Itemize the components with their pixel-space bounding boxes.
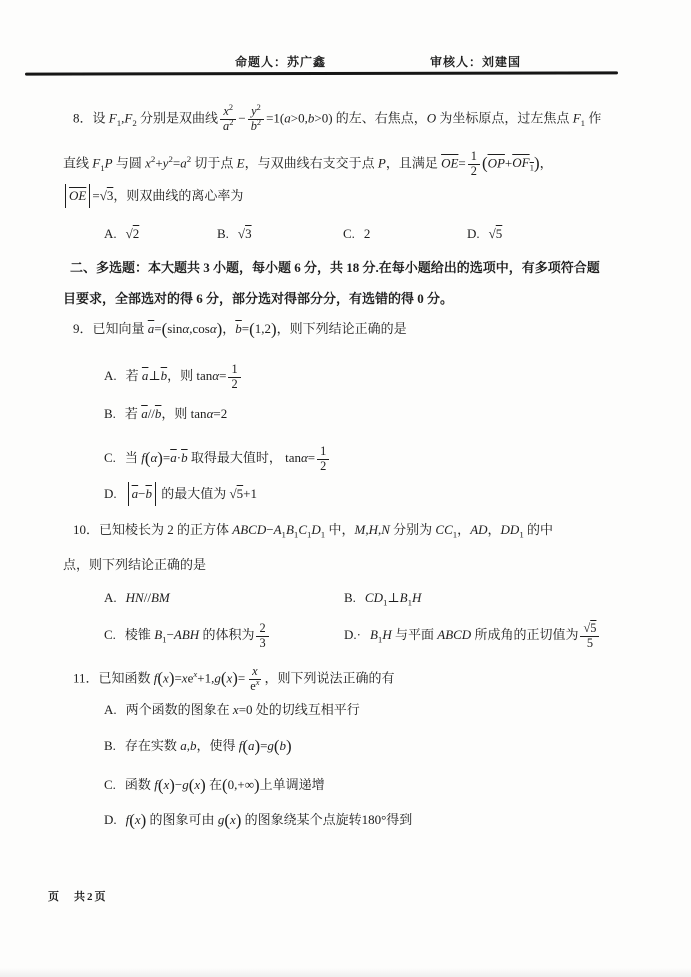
- q10-stem-line-2: 点，则下列结论正确的是: [63, 555, 206, 575]
- option-formula: √5: [489, 226, 503, 241]
- option-label: D.: [467, 226, 480, 241]
- page-footer: 页 共2页: [48, 887, 108, 907]
- option-formula: HN//BM: [126, 590, 170, 605]
- q10-option-b: B.CD1⊥B1H: [344, 588, 421, 608]
- option-label: C.: [104, 450, 116, 465]
- q9-option-b: B.若 a//b，则 tanα=2: [104, 404, 227, 424]
- q10-options-row-1: A.HN//BM B.CD1⊥B1H: [104, 588, 421, 608]
- option-formula: 棱锥 B1−ABH 的体积为23: [125, 627, 271, 642]
- q11-stem: 11．已知函数 f(x)=xex+1,g(x)=xex，则下列说法正确的有: [73, 665, 394, 694]
- option-formula: CD1⊥B1H: [365, 590, 421, 605]
- option-label: A.: [104, 368, 117, 383]
- option-label: B.: [104, 406, 116, 421]
- q10-options-row-2: C.棱锥 B1−ABH 的体积为23 D.·B1H 与平面 ABCD 所成角的正…: [104, 622, 601, 651]
- option-label: A.: [104, 226, 117, 241]
- option-formula: f(x) 的图象可由 g(x) 的图象绕某个点旋转180°得到: [126, 812, 413, 827]
- q9-stem: 9．已知向量 a=(sinα,cosα)，b=(1,2)，则下列结论正确的是: [73, 319, 407, 339]
- option-formula: 两个函数的图象在 x=0 处的切线互相平行: [126, 702, 360, 717]
- scan-bottom-edge: [0, 968, 691, 977]
- q10-option-d: D.·B1H 与平面 ABCD 所成角的正切值为√55: [344, 622, 601, 651]
- header-divider-rule: [25, 71, 618, 75]
- option-formula: √3: [238, 226, 252, 241]
- q9-option-a: A.若 a⊥b，则 tanα=12: [104, 363, 243, 392]
- option-label: D.: [104, 812, 117, 827]
- q8-option-a: A.√2: [104, 224, 217, 244]
- q8-stem-line-2: 直线 F1P 与圆 x2+y2=a2 切于点 E，与双曲线右支交于点 P，且满足…: [63, 150, 553, 179]
- option-formula: √2: [126, 226, 140, 241]
- exam-page: 命题人：苏广鑫 审核人：刘建国 8．设 F1,F2 分别是双曲线x2a2−y2b…: [0, 0, 691, 977]
- option-formula: a−b 的最大值为 √5+1: [126, 486, 257, 501]
- q8-option-c: C.2: [343, 224, 467, 244]
- q8-option-d: D.√5: [467, 224, 502, 244]
- header-proposer: 命题人：苏广鑫: [235, 52, 326, 72]
- option-label: C.: [343, 226, 355, 241]
- option-label: A.: [104, 702, 117, 717]
- option-label: B.: [217, 226, 229, 241]
- q8-options-row: A.√2 B.√3 C.2 D.√5: [104, 224, 502, 244]
- q10-stem-line-1: 10．已知棱长为 2 的正方体 ABCD−A1B1C1D1 中，M,H,N 分别…: [73, 520, 553, 540]
- option-label: C.: [104, 627, 116, 642]
- q10-option-a: A.HN//BM: [104, 588, 344, 608]
- option-formula: 存在实数 a,b，使得 f(a)=g(b): [125, 738, 292, 753]
- option-formula: 若 a//b，则 tanα=2: [125, 406, 227, 421]
- header-reviewer: 审核人：刘建国: [430, 52, 521, 72]
- option-label: A.: [104, 590, 117, 605]
- option-label: B.: [104, 738, 116, 753]
- q11-option-d: D.f(x) 的图象可由 g(x) 的图象绕某个点旋转180°得到: [104, 810, 412, 830]
- q8-option-b: B.√3: [217, 224, 343, 244]
- section2-header-line-2: 目要求，全部选对的得 6 分，部分选对得部分分，有选错的得 0 分。: [63, 289, 453, 309]
- option-formula: 若 a⊥b，则 tanα=12: [126, 368, 243, 383]
- q9-option-c: C.当 f(α)=a·b 取得最大值时， tanα=12: [104, 445, 331, 474]
- option-label: D.: [104, 486, 117, 501]
- option-formula: 函数 f(x)−g(x) 在(0,+∞)上单调递增: [125, 777, 325, 792]
- option-formula: 当 f(α)=a·b 取得最大值时， tanα=12: [125, 450, 331, 465]
- q11-option-c: C.函数 f(x)−g(x) 在(0,+∞)上单调递增: [104, 775, 325, 795]
- q11-option-a: A.两个函数的图象在 x=0 处的切线互相平行: [104, 700, 360, 720]
- section2-header-line-1: 二、多选题：本大题共 3 小题，每小题 6 分，共 18 分.在每小题给出的选项…: [70, 258, 600, 278]
- q8-stem-line-3: OE=√3，则双曲线的离心率为: [63, 184, 243, 208]
- option-formula: B1H 与平面 ABCD 所成角的正切值为√55: [370, 627, 601, 642]
- q10-option-c: C.棱锥 B1−ABH 的体积为23: [104, 622, 344, 651]
- option-formula: 2: [364, 226, 371, 241]
- option-label: C.: [104, 777, 116, 792]
- option-label: B.: [344, 590, 356, 605]
- option-label: D.·: [344, 627, 361, 642]
- q9-option-d: D.a−b 的最大值为 √5+1: [104, 482, 257, 506]
- q11-option-b: B.存在实数 a,b，使得 f(a)=g(b): [104, 736, 292, 756]
- q8-stem-line-1: 8．设 F1,F2 分别是双曲线x2a2−y2b2=1(a>0,b>0) 的左、…: [73, 105, 601, 134]
